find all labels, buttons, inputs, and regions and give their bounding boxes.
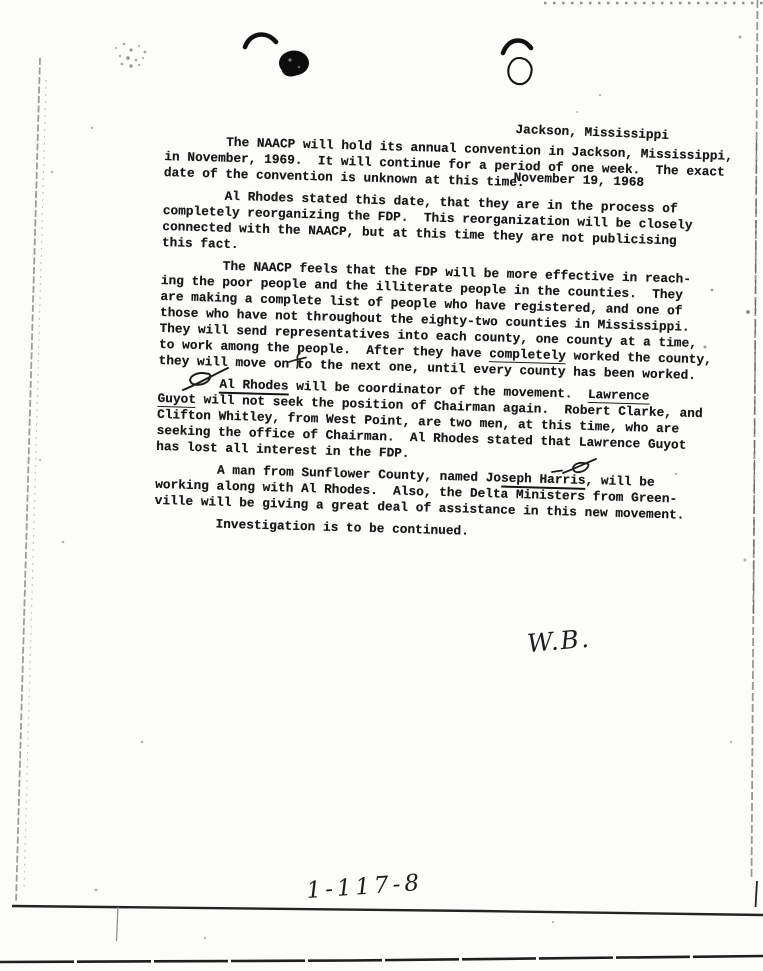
loop-slash-mark-left [183, 368, 228, 390]
signature: W.B. [526, 624, 592, 658]
check-mark-small [289, 353, 306, 368]
scanned-document-page: Jackson, Mississippi November 19, 1968 T… [0, 0, 763, 971]
document-number: 1-117-8 [306, 870, 424, 904]
document-number-text: 1-117-8 [306, 870, 424, 904]
loop-slash-mark-right [552, 459, 596, 473]
signature-text: W.B. [526, 624, 592, 658]
handwritten-annotations-layer: W.B. 1-117-8 [0, 0, 763, 971]
